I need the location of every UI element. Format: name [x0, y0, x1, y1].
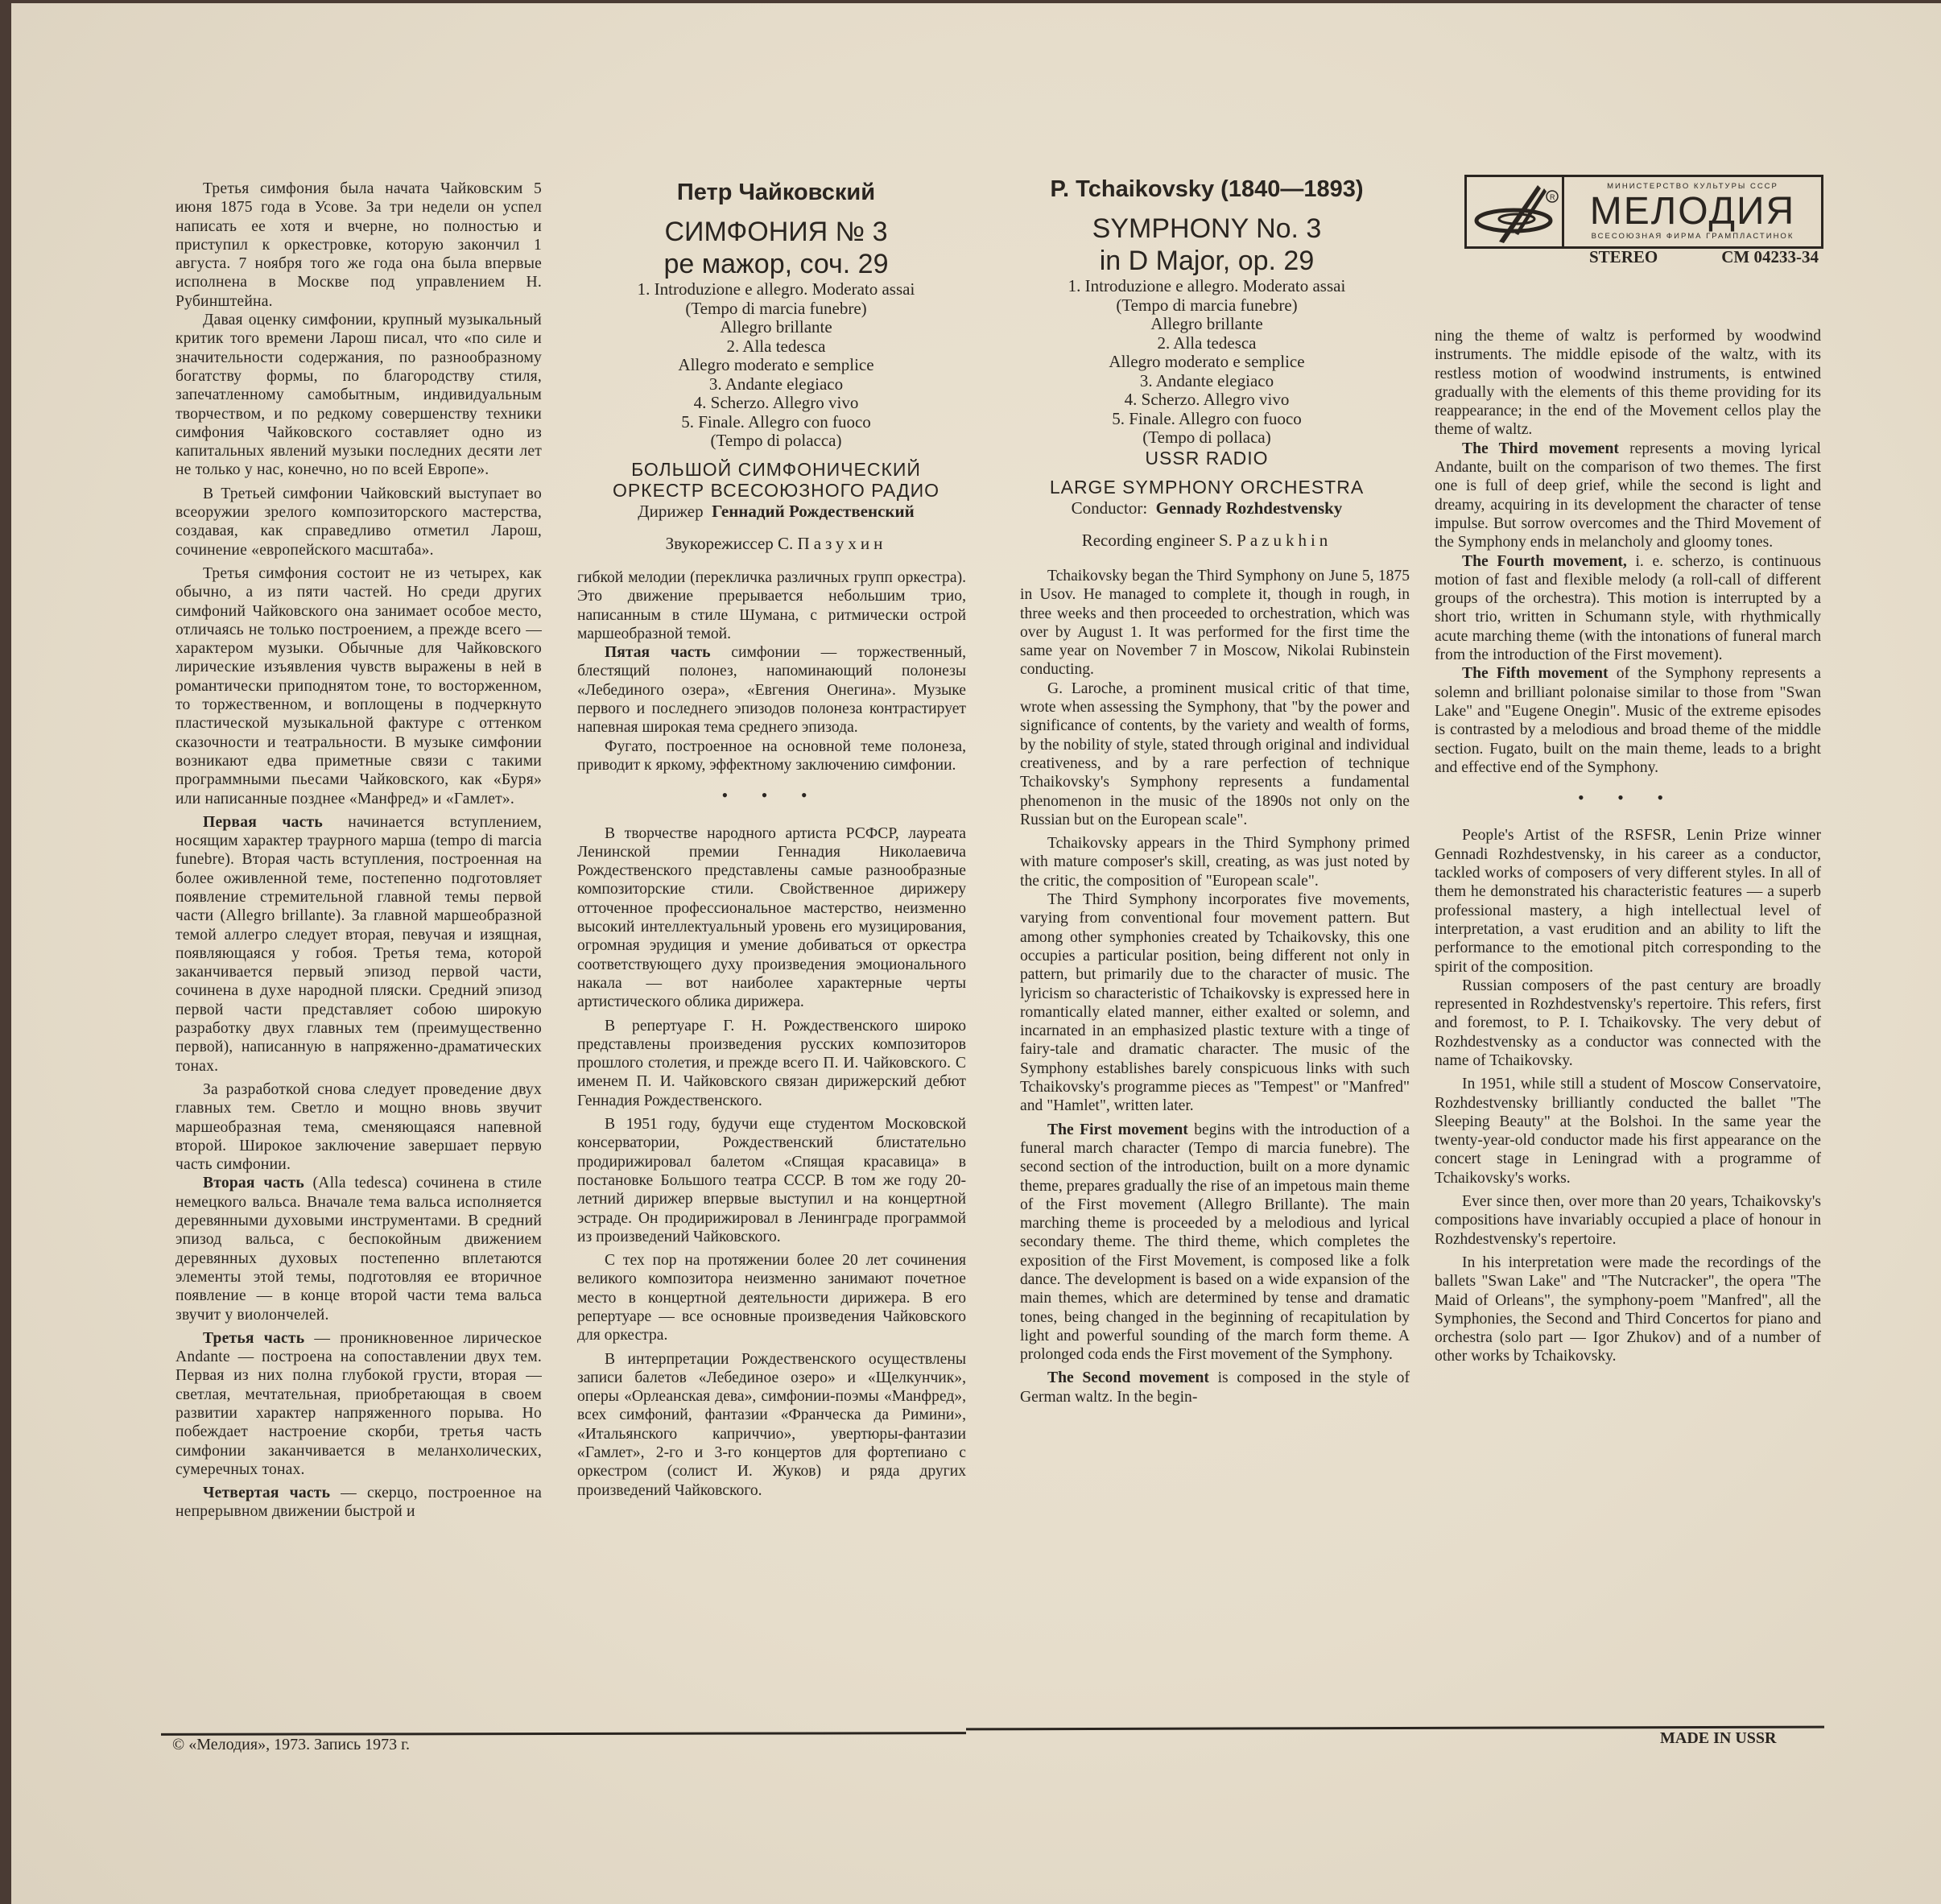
paragraph: В репертуаре Г. Н. Рождественского широк…	[577, 1017, 966, 1110]
brand-name: МЕЛОДИЯ	[1590, 192, 1795, 232]
orchestra-name: LARGE SYMPHONY ORCHESTRA	[1001, 477, 1412, 498]
paragraph: The First movement begins with the intro…	[1020, 1121, 1410, 1365]
work-key: in D Major, op. 29	[1001, 245, 1412, 277]
movement-heading: Вторая часть	[203, 1175, 304, 1192]
paragraph: В Третьей симфонии Чайковский выступает …	[176, 485, 542, 560]
paragraph: Третья симфония была начата Чайковским 5…	[176, 180, 542, 311]
movement-heading: Третья часть	[203, 1330, 304, 1347]
orchestra-name: БОЛЬШОЙ СИМФОНИЧЕСКИЙ	[575, 459, 977, 480]
melodiya-emblem-icon: R	[1467, 177, 1564, 246]
format-label: STEREO	[1589, 247, 1658, 267]
paragraph: За разработкой снова следует проведение …	[176, 1080, 542, 1174]
movement-heading: The Fourth movement,	[1462, 553, 1627, 570]
orchestra-name: ОРКЕСТР ВСЕСОЮЗНОГО РАДИО	[575, 480, 977, 501]
movement-list: 1. Introduzione e allegro. Moderato assa…	[575, 280, 977, 451]
svg-text:R: R	[1550, 193, 1555, 201]
paragraph: In 1951, while still a student of Moscow…	[1435, 1075, 1821, 1187]
paragraph: Пятая часть симфонии — торжественный, бл…	[577, 643, 966, 737]
paragraph: Фугато, построенное на основной теме пол…	[577, 737, 966, 775]
paragraph: G. Laroche, a prominent musical critic o…	[1020, 679, 1410, 829]
conductor-credit: Дирижер Геннадий Рождественский	[575, 501, 977, 522]
russian-notes-column-1: Третья симфония была начата Чайковским 5…	[176, 180, 542, 1522]
russian-notes-column-2: гибкой мелодии (перекличка различных гру…	[577, 568, 966, 1500]
paragraph: Давая оценку симфонии, крупный музыкальн…	[176, 311, 542, 480]
paragraph: People's Artist of the RSFSR, Lenin Priz…	[1435, 826, 1821, 976]
section-separator: • • •	[577, 786, 966, 804]
paragraph: гибкой мелодии (перекличка различных гру…	[577, 568, 966, 643]
paragraph: Четвертая часть — скерцо, построенное на…	[176, 1484, 542, 1522]
paragraph: Третья часть — проникновенное лирическое…	[176, 1329, 542, 1479]
paragraph: Tchaikovsky appears in the Third Symphon…	[1020, 834, 1410, 890]
made-in-label: MADE IN USSR	[1660, 1729, 1776, 1748]
engineer-credit: Звукорежиссер С. Пазухин	[575, 533, 977, 554]
catalog-number: СМ 04233-34	[1721, 247, 1819, 267]
paragraph: Третья симфония состоит не из четырех, к…	[176, 564, 542, 808]
paragraph: ning the theme of waltz is performed by …	[1435, 327, 1821, 440]
catalog-info: STEREO СМ 04233-34	[1589, 247, 1819, 267]
company-caption: ВСЕСОЮЗНАЯ ФИРМА ГРАМПЛАСТИНОК	[1592, 232, 1794, 242]
work-title: СИМФОНИЯ № 3	[575, 216, 977, 248]
english-notes-column-2: ning the theme of waltz is performed by …	[1435, 327, 1821, 1366]
paragraph: The Second movement is composed in the s…	[1020, 1369, 1410, 1406]
paragraph: The Fifth movement of the Symphony repre…	[1435, 664, 1821, 777]
movement-heading: The Fifth movement	[1462, 665, 1609, 682]
movement-heading: The First movement	[1047, 1121, 1188, 1138]
english-header: P. Tchaikovsky (1840—1893) SYMPHONY No. …	[1001, 174, 1412, 551]
english-notes-column-1: Tchaikovsky began the Third Symphony on …	[1020, 567, 1410, 1406]
paragraph: В интерпретации Рождественского осуществ…	[577, 1350, 966, 1500]
paragraph: Ever since then, over more than 20 years…	[1435, 1192, 1821, 1249]
work-title: SYMPHONY No. 3	[1001, 213, 1412, 245]
engineer-credit: Recording engineer S. Pazukhin	[1001, 530, 1412, 551]
section-separator: • • •	[1435, 788, 1821, 807]
paragraph: The Third Symphony incorporates five mov…	[1020, 890, 1410, 1116]
movement-list: 1. Introduzione e allegro. Moderato assa…	[1001, 277, 1412, 448]
work-key: ре мажор, соч. 29	[575, 248, 977, 280]
composer-name: P. Tchaikovsky (1840—1893)	[1001, 174, 1412, 204]
conductor-credit: Conductor: Gennady Rozhdestvensky	[1001, 498, 1412, 518]
movement-heading: Первая часть	[203, 814, 323, 831]
paragraph: The Fourth movement, i. e. scherzo, is c…	[1435, 552, 1821, 665]
movement-heading: The Second movement	[1047, 1369, 1209, 1386]
paragraph: Вторая часть (Alla tedesca) сочинена в с…	[176, 1174, 542, 1324]
paragraph: Первая часть начинается вступлением, нос…	[176, 813, 542, 1076]
copyright-notice: © «Мелодия», 1973. Запись 1973 г.	[172, 1736, 410, 1754]
movement-heading: The Third movement	[1462, 440, 1619, 457]
paragraph: In his interpretation were made the reco…	[1435, 1254, 1821, 1366]
record-sleeve-back: Третья симфония была начата Чайковским 5…	[11, 3, 1941, 1904]
russian-header: Петр Чайковский СИМФОНИЯ № 3 ре мажор, с…	[575, 177, 977, 554]
paragraph: Tchaikovsky began the Third Symphony on …	[1020, 567, 1410, 679]
movement-heading: Пятая часть	[605, 644, 710, 661]
paragraph: В творчестве народного артиста РСФСР, ла…	[577, 824, 966, 1012]
composer-name: Петр Чайковский	[575, 177, 977, 208]
paragraph: The Third movement represents a moving l…	[1435, 440, 1821, 552]
orchestra-name: USSR RADIO	[1001, 448, 1412, 469]
melodiya-logo: R МИНИСТЕРСТВО КУЛЬТУРЫ СССР МЕЛОДИЯ ВСЕ…	[1464, 175, 1823, 249]
paragraph: В 1951 году, будучи еще студентом Москов…	[577, 1115, 966, 1246]
paragraph: С тех пор на протяжении более 20 лет соч…	[577, 1251, 966, 1344]
movement-heading: Четвертая часть	[203, 1485, 330, 1501]
paragraph: Russian composers of the past century ar…	[1435, 977, 1821, 1070]
